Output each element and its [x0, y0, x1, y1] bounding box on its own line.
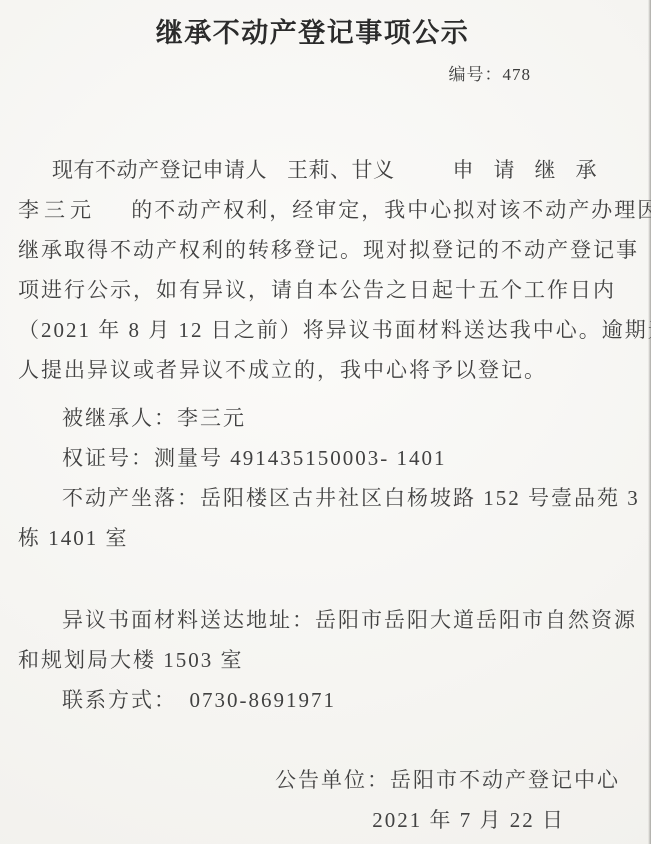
page-title: 继承不动产登记事项公示: [0, 14, 638, 52]
paragraph-line: 现有不动产登记申请人 王莉、甘义 申请继承: [18, 150, 637, 190]
property-location-line: 栋 1401 室: [18, 518, 637, 558]
paragraph-line: 人提出异议或者异议不成立的，我中心将予以登记。: [18, 350, 637, 390]
objection-address-line: 异议书面材料送达地址：岳阳市岳阳大道岳阳市自然资源: [18, 600, 637, 640]
issue-date: 2021 年 7 月 22 日: [0, 800, 651, 840]
objection-address-line: 和规划局大楼 1503 室: [18, 640, 637, 680]
applicant-label: 现有不动产登记申请人: [52, 150, 267, 190]
property-location-line: 不动产坐落：岳阳楼区古井社区白杨坡路 152 号壹品苑 3: [18, 478, 637, 518]
issuing-authority: 公告单位：岳阳市不动产登记中心: [0, 760, 651, 800]
property-details: 被继承人：李三元 权证号：测量号 491435150003- 1401 不动产坐…: [18, 398, 637, 558]
doc-number: 编号：478: [449, 61, 651, 89]
paragraph-text: 的不动产权利，经审定，我中心拟对该不动产办理因: [131, 198, 651, 222]
notice-footer: 公告单位：岳阳市不动产登记中心 2021 年 7 月 22 日: [0, 760, 651, 840]
decedent-line: 被继承人：李三元: [18, 398, 637, 438]
contact-phone-line: 联系方式： 0730-8691971: [18, 680, 637, 720]
scanned-notice-page: 继承不动产登记事项公示 编号：478 现有不动产登记申请人 王莉、甘义 申请继承…: [0, 0, 651, 844]
paragraph-line: 继承取得不动产权利的转移登记。现对拟登记的不动产登记事: [18, 230, 637, 270]
intro-paragraph: 现有不动产登记申请人 王莉、甘义 申请继承 李三元 的不动产权利，经审定，我中心…: [18, 150, 637, 390]
applicant-names: 王莉、甘义: [287, 150, 395, 190]
paragraph-line: （2021 年 8 月 12 日之前）将异议书面材料送达我中心。逾期无: [18, 310, 637, 350]
decedent-name: 李三元: [18, 198, 96, 222]
certificate-number-line: 权证号：测量号 491435150003- 1401: [18, 438, 637, 478]
objection-contact: 异议书面材料送达地址：岳阳市岳阳大道岳阳市自然资源 和规划局大楼 1503 室 …: [18, 600, 637, 720]
applicant-suffix: 申请继承: [453, 150, 617, 190]
paragraph-line: 项进行公示，如有异议，请自本公告之日起十五个工作日内: [18, 270, 637, 310]
notice-body: 现有不动产登记申请人 王莉、甘义 申请继承 李三元 的不动产权利，经审定，我中心…: [18, 150, 637, 720]
paragraph-line: 李三元 的不动产权利，经审定，我中心拟对该不动产办理因: [18, 190, 637, 230]
